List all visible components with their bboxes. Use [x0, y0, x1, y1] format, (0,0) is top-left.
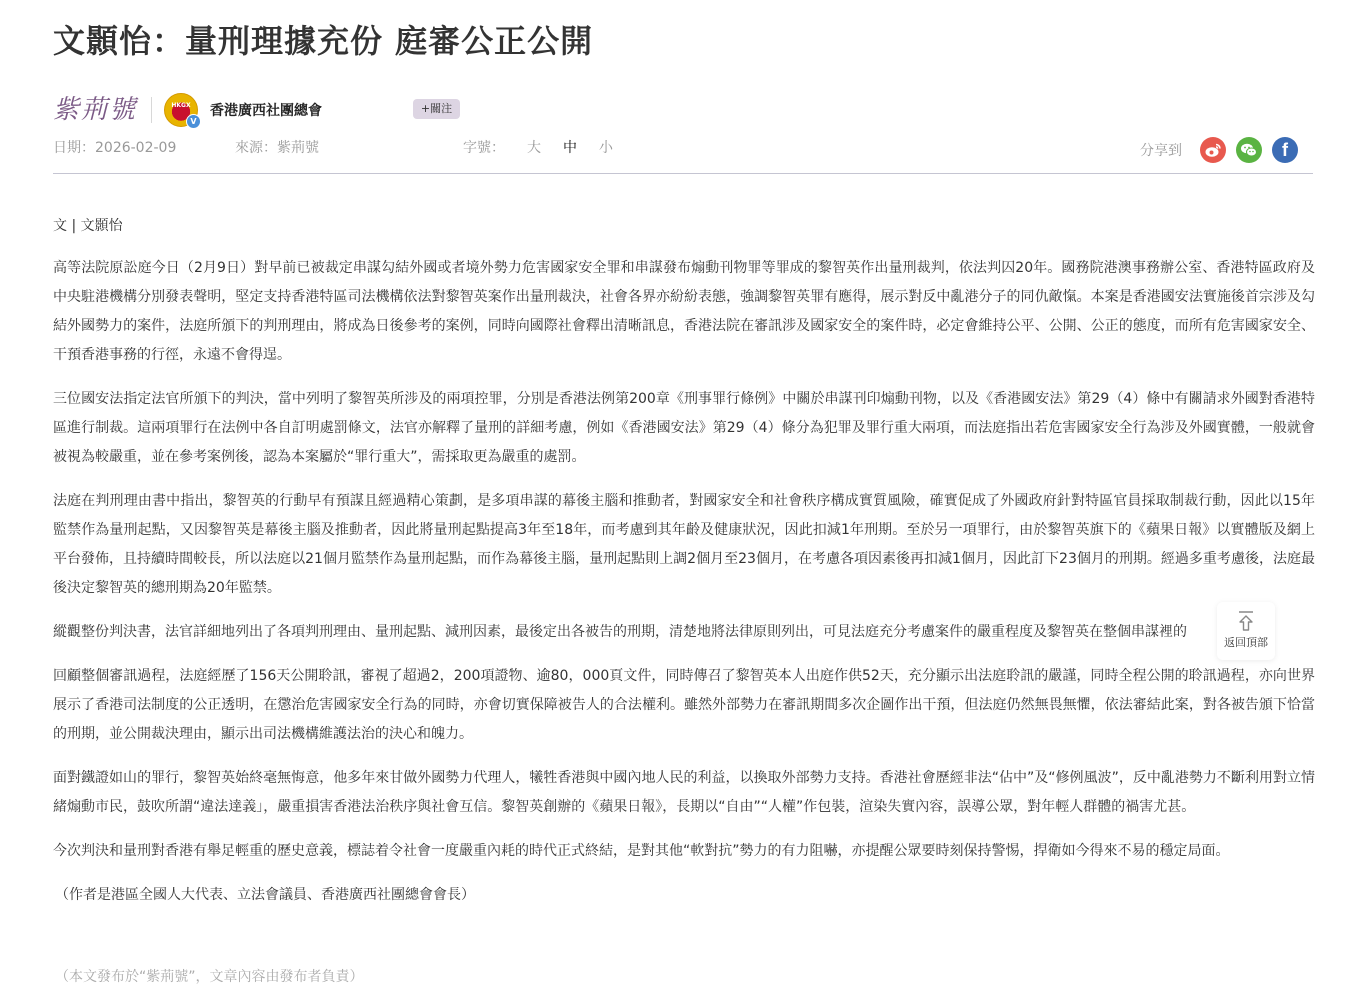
platform-logo[interactable]: 紫荊號 [53, 92, 137, 128]
paragraph: 法庭在判刑理由書中指出，黎智英的行動早有預謀且經過精心策劃，是多項串謀的幕後主腦… [53, 487, 1315, 603]
date-value: 2026-02-09 [95, 140, 176, 156]
follow-button[interactable]: +關注 [413, 99, 460, 119]
author-bar: 紫荊號 HKGX V 香港廣西社團總會 [53, 92, 322, 128]
paragraph: 今次判決和量刑對香港有舉足輕重的歷史意義，標誌着令社會一度嚴重內耗的時代正式終結… [53, 837, 1315, 866]
paragraph: 縱觀整份判決書，法官詳細地列出了各項判刑理由、量刑起點、減刑因素，最後定出各被告… [53, 618, 1315, 647]
header-divider [53, 173, 1313, 174]
publish-date: 日期：2026-02-09 [53, 138, 176, 158]
author-name[interactable]: 香港廣西社團總會 [210, 100, 322, 120]
share-bar: 分享到 f [1140, 136, 1308, 164]
article-source: 來源：紫荊號 [235, 138, 319, 158]
back-to-top-label: 返回頂部 [1217, 634, 1275, 650]
share-label: 分享到 [1140, 140, 1182, 160]
font-size-selector: 字號： 大 中 小 [463, 138, 613, 158]
font-size-small[interactable]: 小 [599, 138, 613, 158]
paragraph: 回顧整個審訊過程，法庭經歷了156天公開聆訊，審視了超過2，200項證物、逾80… [53, 662, 1315, 749]
author-note: （作者是港區全國人大代表、立法會議員、香港廣西社團總會會長） [53, 881, 1315, 910]
author-avatar[interactable]: HKGX V [164, 93, 198, 127]
facebook-share-icon[interactable]: f [1272, 137, 1298, 163]
font-size-label: 字號： [463, 138, 505, 158]
publish-disclaimer: （本文發布於“紫荊號”，文章內容由發布者負責） [55, 964, 364, 990]
arrow-up-icon [1236, 610, 1256, 632]
article-byline: 文 | 文顥怡 [53, 212, 1315, 241]
wechat-share-icon[interactable] [1236, 137, 1262, 163]
paragraph: 三位國安法指定法官所頒下的判決，當中列明了黎智英所涉及的兩項控罪，分別是香港法例… [53, 385, 1315, 472]
article-body: 文 | 文顥怡 高等法院原訟庭今日（2月9日）對早前已被裁定串謀勾結外國或者境外… [53, 212, 1315, 925]
font-size-large[interactable]: 大 [527, 138, 541, 158]
source-value: 紫荊號 [277, 140, 319, 156]
paragraph: 面對鐵證如山的罪行，黎智英始終毫無悔意，他多年來甘做外國勢力代理人，犧牲香港與中… [53, 764, 1315, 822]
back-to-top-button[interactable]: 返回頂部 [1217, 602, 1275, 660]
weibo-share-icon[interactable] [1200, 137, 1226, 163]
logo-divider [151, 97, 152, 123]
font-size-medium[interactable]: 中 [563, 138, 577, 158]
source-label: 來源： [235, 140, 277, 156]
paragraph: 高等法院原訟庭今日（2月9日）對早前已被裁定串謀勾結外國或者境外勢力危害國家安全… [53, 254, 1315, 370]
verified-icon: V [186, 114, 201, 129]
article-title: 文顥怡：量刑理據充份 庭審公正公開 [53, 18, 593, 64]
date-label: 日期： [53, 140, 95, 156]
avatar-text: HKGX [165, 102, 197, 109]
